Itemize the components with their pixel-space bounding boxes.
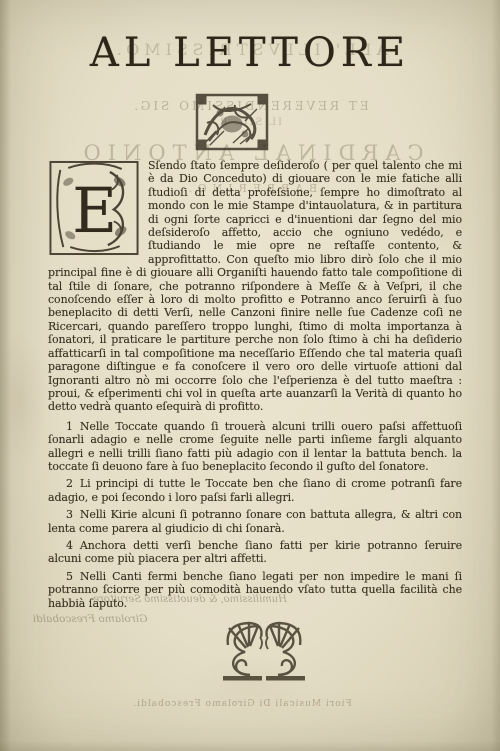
printer-ornament-block (195, 93, 269, 151)
item-number: 2 (66, 477, 73, 490)
scanned-page: ALL' ILLVSTRISSIMO. ET REVERENDISSIMO SI… (0, 0, 500, 751)
item-text: Nelle Toccate quando ſi trouerà alcuni t… (48, 420, 462, 473)
body-text-block: E Sſendo ſtato ſempre deſideroſo ( per q… (48, 159, 462, 610)
item-number: 4 (66, 539, 73, 552)
printer-ornament-scrolls (216, 618, 312, 686)
bleedthrough-footer: Fiori Musicali Di Girolamo Frescobaldi. (0, 699, 492, 709)
drop-cap-letter: E (72, 176, 117, 247)
numbered-item: 4Anchora detti verſi benche ſiano fatti … (48, 539, 462, 566)
item-text: Anchora detti verſi benche ſiano fatti p… (48, 539, 462, 565)
item-text: Nelli Kirie alcuni ſi potranno ſonare co… (48, 508, 462, 534)
numbered-item: 1Nelle Toccate quando ſi trouerà alcuni … (48, 420, 462, 474)
woodcut-initial-E: E (48, 160, 140, 256)
numbered-item: 3Nelli Kirie alcuni ſi potranno ſonare c… (48, 508, 462, 535)
item-number: 3 (66, 508, 73, 521)
numbered-item: 2Li principi di tutte le Toccate ben che… (48, 477, 462, 504)
item-text: Nelli Canti fermi benche ſiano legati pe… (48, 570, 462, 610)
item-number: 5 (66, 570, 73, 583)
page-title: AL LETTORE (0, 33, 500, 73)
numbered-item: 5Nelli Canti fermi benche ſiano legati p… (48, 570, 462, 610)
item-text: Li principi di tutte le Toccate ben che … (48, 477, 462, 503)
item-number: 1 (66, 420, 73, 433)
